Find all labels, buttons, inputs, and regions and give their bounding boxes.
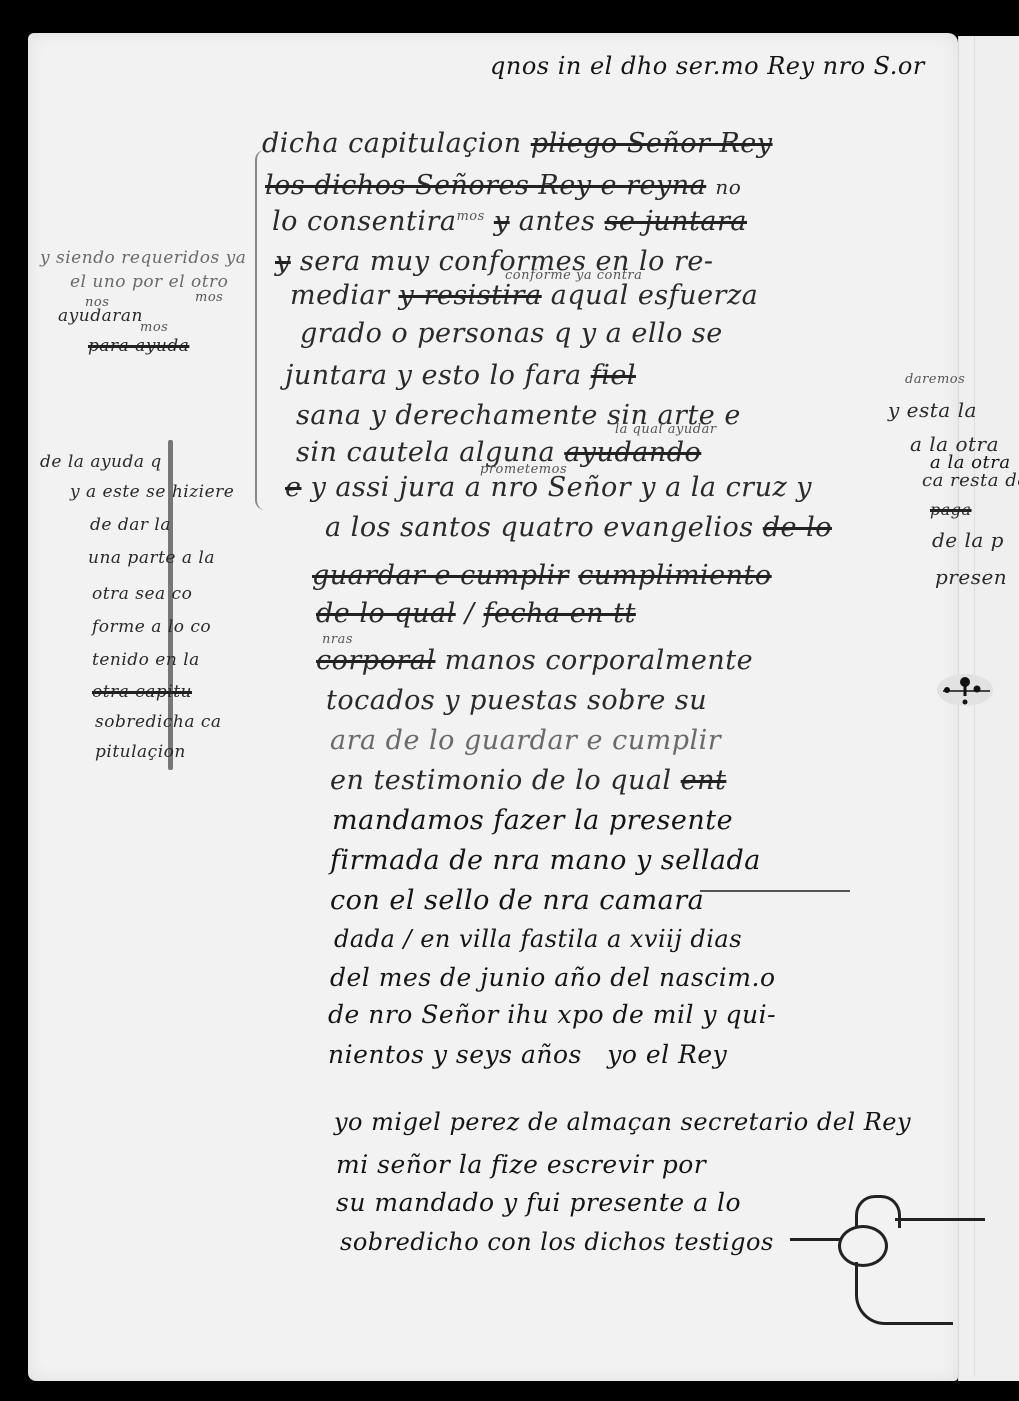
main-line-12: guardar e cumplir cumplimiento — [312, 560, 772, 591]
text-bracket — [255, 150, 271, 510]
left-note-1-sup-3: mos — [140, 320, 168, 335]
secretary-line-1: yo migel perez de almaçan secretario del… — [334, 1108, 911, 1136]
main-line-17: en testimonio de lo qual ent — [330, 765, 726, 796]
left-note-2-line-2: y a este se hiziere — [70, 482, 234, 502]
main-line-19: firmada de nra mano y sellada — [330, 845, 761, 876]
left-note-2-line-3: de dar la — [90, 515, 171, 535]
left-note-1-line-3: ayudaran — [58, 306, 143, 326]
left-note-2-line-5: otra sea co — [92, 584, 192, 604]
left-note-2-line-4: una parte a la — [88, 548, 215, 568]
signature-rubric-loop — [855, 1195, 901, 1228]
main-line-10: e y assi jura a nro Señor y a la cruz y — [285, 472, 812, 503]
main-line-3: lo consentiramos y antes se juntara — [272, 206, 747, 237]
left-note-1-sup-2: mos — [195, 290, 223, 305]
secretary-line-2: mi señor la fize escrevir por — [336, 1150, 706, 1179]
main-line-6: grado o personas q y a ello se — [300, 318, 723, 349]
main-line-7: juntara y esto lo fara fiel — [285, 360, 636, 391]
signature-rubric-stroke — [895, 1218, 985, 1221]
right-note-sup: daremos — [905, 372, 965, 387]
main-line-9-superscript: la qual ayudar — [615, 422, 717, 437]
signature-rubric-bar — [790, 1238, 840, 1241]
right-note-line-7: presen — [935, 565, 1007, 589]
main-line-15: tocados y puestas sobre su — [326, 685, 707, 716]
main-line-11: a los santos quatro evangelios de lo — [325, 512, 832, 543]
left-note-1-line-2: el uno por el otro — [70, 272, 228, 292]
main-line-2: los dichos Señores Rey e reyna no — [265, 170, 741, 201]
left-note-2-line-1: de la ayuda q — [40, 452, 162, 472]
left-note-2-line-6: forme a lo co — [92, 617, 211, 637]
main-line-5: mediar y resistira aqual esfuerza — [290, 280, 758, 311]
ornament-mark-icon — [935, 670, 995, 710]
header-line: qnos in el dho ser.mo Rey nro S.or — [490, 52, 925, 80]
left-note-1-line-1: y siendo requeridos ya — [40, 248, 246, 268]
main-line-13: de lo qual / fecha en tt — [316, 598, 636, 629]
left-note-2-line-8: otra capitu — [92, 682, 192, 702]
signature-rubric-tail — [855, 1262, 953, 1325]
main-line-22: del mes de junio año del nascim.o — [330, 963, 776, 992]
main-line-23: de nro Señor ihu xpo de mil y qui- — [328, 1000, 776, 1029]
main-line-21: dada / en villa fastila a xviij dias — [334, 925, 742, 953]
left-note-1-line-4: para ayuda — [88, 336, 189, 356]
right-note-line-1: y esta la — [888, 398, 977, 422]
signature-rubric-knot — [838, 1225, 888, 1267]
main-line-18: mandamos fazer la presente — [332, 805, 733, 836]
right-note-line-5: paga — [930, 500, 972, 519]
right-note-line-4: ca resta de — [922, 470, 1019, 491]
right-note-line-6: de la p — [932, 528, 1004, 552]
main-line-14: corporal manos corporalmente — [316, 645, 753, 676]
main-line-24: nientos y seys años yo el Rey — [328, 1040, 727, 1069]
secretary-line-4: sobredicho con los dichos testigos — [340, 1228, 774, 1256]
main-line-1: dicha capitulaçion pliego Señor Rey — [262, 128, 773, 159]
main-line-20: con el sello de nra camara — [330, 885, 704, 916]
left-note-2-line-9: sobredicha ca — [95, 712, 222, 732]
main-line-4: y sera muy conformes en lo re- — [275, 246, 713, 277]
left-note-2-line-10: pitulaçion — [95, 742, 186, 762]
secretary-line-3: su mandado y fui presente a lo — [336, 1188, 741, 1217]
main-line-16: ara de lo guardar e cumplir — [330, 725, 721, 756]
line-flourish — [700, 890, 850, 892]
left-note-2-line-7: tenido en la — [92, 650, 200, 670]
